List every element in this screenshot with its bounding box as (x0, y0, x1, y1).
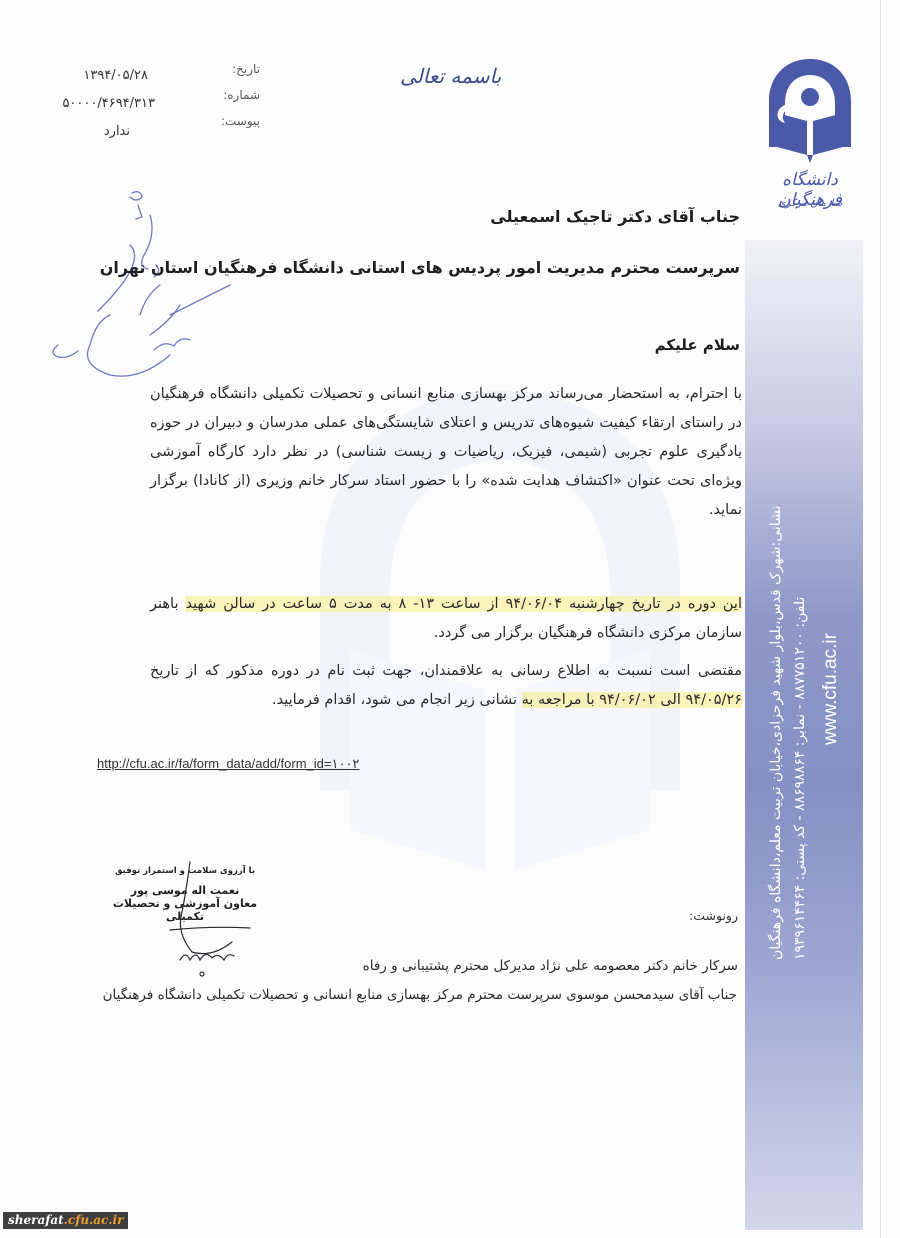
recipient-title: سرپرست محترم مدیریت امور پردیس های استان… (100, 258, 740, 277)
page-edge-line (880, 0, 881, 1238)
logo-subtitle: سازمان مرکزی (750, 198, 870, 209)
cc-item-2: جناب آقای سیدمحسن موسوی سرپرست محترم مرک… (103, 987, 737, 1003)
site-watermark-badge: sherafat.cfu.ac.ir (3, 1212, 128, 1229)
highlighted-event-date: این دوره در تاریخ چهارشنبه ۹۴/۰۶/۰۴ از س… (185, 596, 742, 612)
registration-link[interactable]: http://cfu.ac.ir/fa/form_data/add/form_i… (97, 756, 359, 772)
university-logo-icon (755, 55, 865, 165)
date-label: تاریخ: (190, 62, 260, 76)
date-value: ۱۳۹۴/۰۵/۲۸ (83, 68, 148, 83)
sidebar-address: نشانی:شهرک قدس،بلوار شهید فرحزادی،خیابان… (768, 506, 784, 960)
number-label: شماره: (190, 88, 260, 102)
sidebar-phones: تلفن: ۸۸۷۷۵۱۲۰۰ - نمابر: ۸۸۶۹۸۸۶۴ - کد پ… (792, 597, 808, 960)
letter-page: نشانی:شهرک قدس،بلوار شهید فرحزادی،خیابان… (0, 0, 900, 1238)
handwritten-annotation (40, 185, 240, 385)
bismillah-heading: باسمه تعالی (400, 64, 501, 88)
badge-subdomain: sherafat (8, 1213, 64, 1227)
attachment-label: پیوست: (190, 114, 260, 128)
attachment-value: ندارد (104, 124, 130, 139)
body-paragraph-1: با احترام، به استحضار می‌رساند مرکز بهسا… (150, 380, 742, 525)
recipient-name: جناب آقای دکتر تاجیک اسمعیلی (490, 207, 740, 226)
cc-label: رونوشت: (689, 908, 738, 923)
greeting: سلام علیکم (655, 336, 740, 354)
highlighted-registration-dates: ۹۴/۰۵/۲۶ الی ۹۴/۰۶/۰۲ با مراجعه به (522, 692, 742, 708)
sidebar-website: www.cfu.ac.ir (820, 633, 842, 745)
registration-intro-text: مقتضی است نسبت به اطلاع رسانی به علاقمند… (150, 663, 742, 679)
badge-domain: .cfu.ac.ir (64, 1213, 124, 1227)
registration-end-text: نشانی زیر انجام می شود، اقدام فرمایید. (272, 692, 522, 708)
handwritten-signature (150, 860, 270, 980)
cc-item-1: سرکار خانم دکتر معصومه علی نژاد مدیرکل م… (363, 958, 738, 974)
letter-number-value: ۵۰۰۰۰/۴۶۹۴/۳۱۳ (62, 96, 155, 111)
body-paragraph-3: مقتضی است نسبت به اطلاع رسانی به علاقمند… (150, 657, 742, 715)
body-paragraph-2: این دوره در تاریخ چهارشنبه ۹۴/۰۶/۰۴ از س… (150, 590, 742, 648)
